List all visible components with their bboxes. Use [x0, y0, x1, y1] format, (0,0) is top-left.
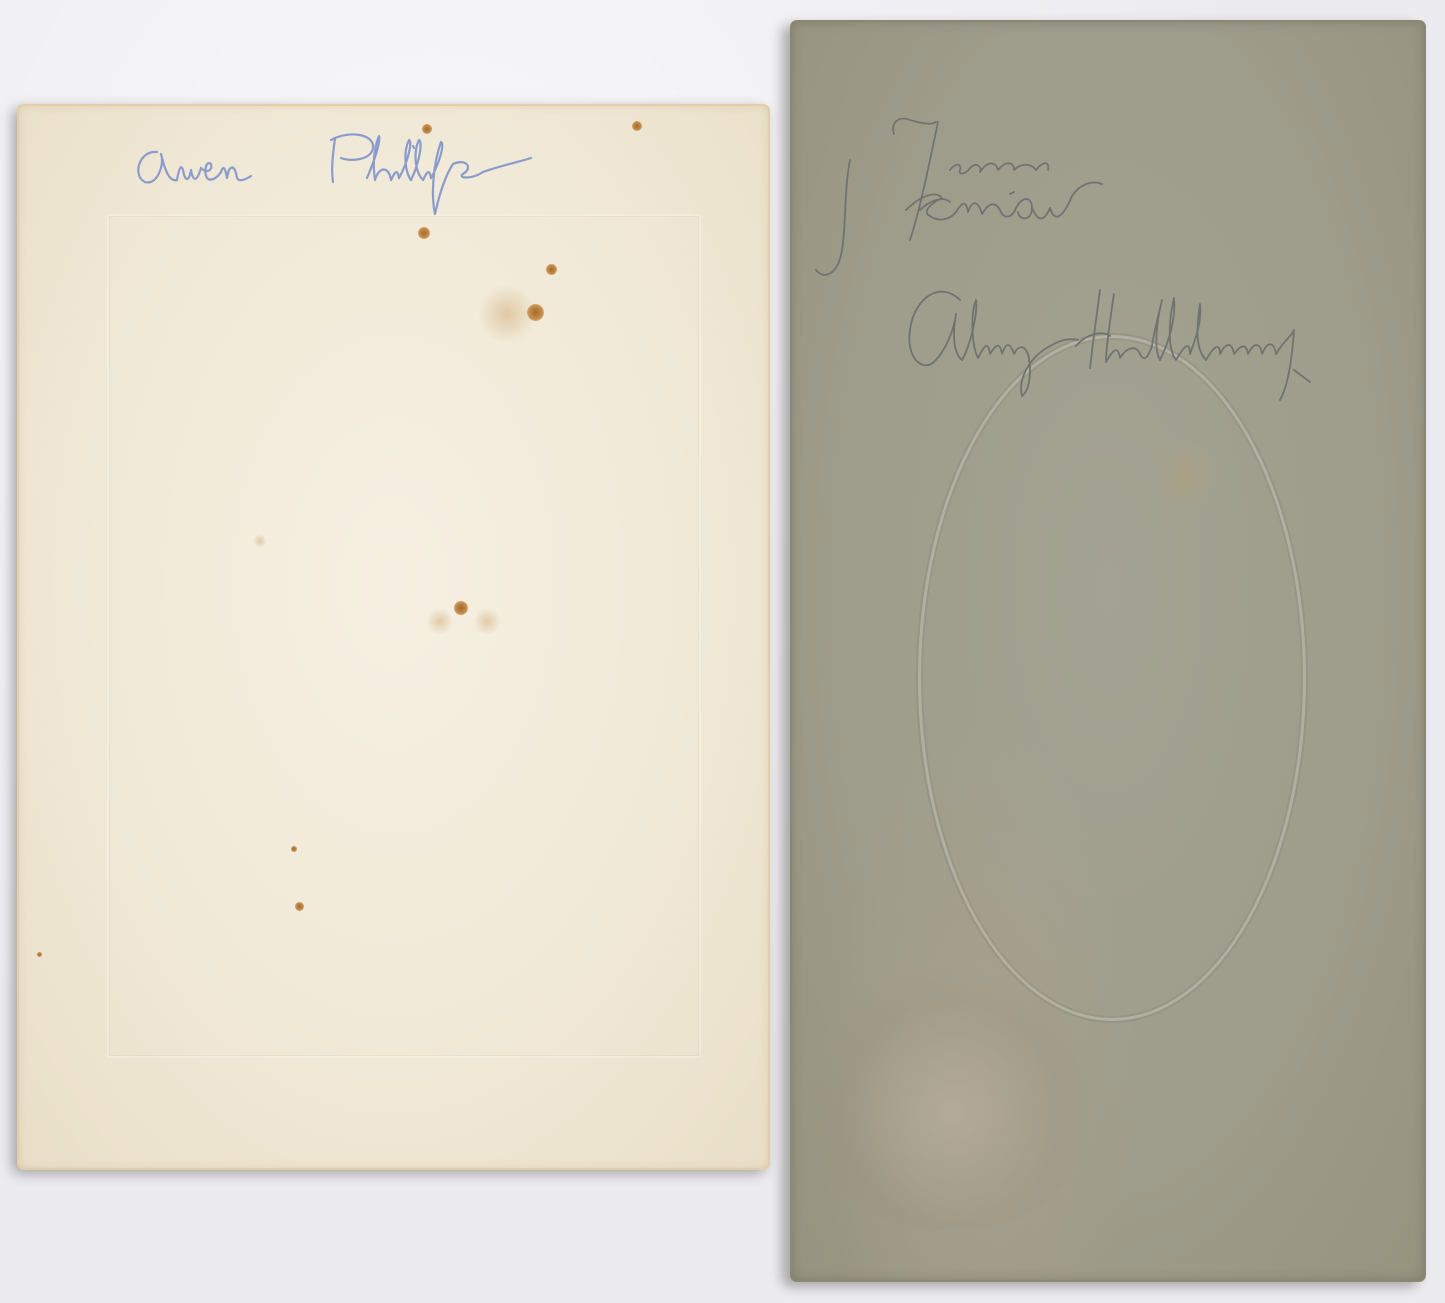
stain [477, 284, 537, 344]
right-photo-card-back: J. Yeomans Know Alvin Middlebury [790, 20, 1426, 1282]
stain [472, 609, 502, 634]
foxing-spot [295, 902, 304, 911]
foxing-spot [291, 846, 297, 852]
stain [253, 534, 267, 548]
foxing-spot [546, 264, 557, 275]
foxing-spot [632, 121, 642, 131]
embossed-oval-frame [918, 335, 1306, 1021]
embossed-border [107, 214, 701, 1058]
left-photo-card-back: Owen Phillips [17, 104, 770, 1170]
inscription-owen-phillips [127, 124, 607, 224]
stain [1150, 440, 1220, 510]
surface-wear-area [810, 970, 1090, 1230]
stain [425, 609, 455, 634]
inscription-line-2 [900, 250, 1420, 400]
foxing-spot [454, 601, 468, 615]
foxing-spot [418, 227, 430, 239]
foxing-spot [37, 952, 42, 957]
